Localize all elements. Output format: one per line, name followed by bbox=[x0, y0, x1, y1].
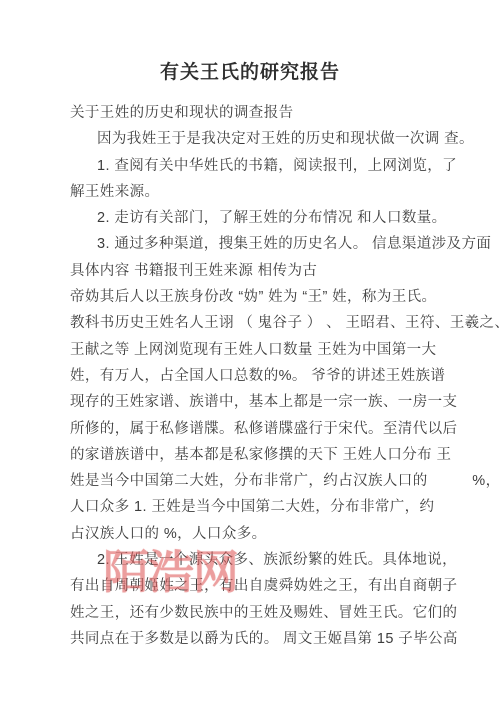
text-line: 姓之王，还有少数民族中的王姓及赐姓、冒姓王氏。它们的 bbox=[70, 600, 438, 626]
text-line: 2. 王姓是一个源头众多、族派纷繁的姓氏。具体地说， bbox=[70, 547, 438, 573]
text-line: 教科书历史王姓名人王诩 （ 鬼谷子 ） 、 王昭君、王符、王羲之、 bbox=[70, 310, 438, 336]
text-line: 2. 走访有关部门，了解王姓的分布情况 和人口数量。 bbox=[70, 205, 438, 231]
text-line: 占汉族人口的 %，人口众多。 bbox=[70, 521, 438, 547]
text-line: 有出自周朝姬姓之王，有出自虞舜妫姓之王，有出自商朝子 bbox=[70, 573, 438, 599]
text-line: 具体内容 书籍报刊王姓来源 相传为古 bbox=[70, 258, 438, 284]
text-line: 1. 查阅有关中华姓氏的书籍，阅读报刊，上网浏览，了 bbox=[70, 153, 438, 179]
text-line: 帝妫其后人以王族身份改 “妫” 姓为 “王” 姓，称为王氏。 bbox=[70, 284, 438, 310]
text-line: 姓是当今中国第二大姓，分布非常广，约占汉族人口的 %， bbox=[70, 468, 438, 494]
page-title: 有关王氏的研究报告 bbox=[0, 0, 500, 88]
text-line: 共同点在于多数是以爵为氏的。 周文王姬昌第 15 子毕公高 bbox=[70, 626, 438, 652]
text-line: 现存的王姓家谱、族谱中，基本上都是一宗一族、一房一支 bbox=[70, 389, 438, 415]
text-line: 人口众多 1. 王姓是当今中国第二大姓，分布非常广，约 bbox=[70, 494, 438, 520]
text-line: 王献之等 上网浏览现有王姓人口数量 王姓为中国第一大 bbox=[70, 337, 438, 363]
text-line: 3. 通过多种渠道，搜集王姓的历史名人。 信息渠道涉及方面 bbox=[70, 231, 438, 257]
text-line: 的家谱族谱中，基本都是私家修撰的天下 王姓人口分布 王 bbox=[70, 442, 438, 468]
document-body: 关于王姓的历史和现状的调查报告 因为我姓王于是我决定对王姓的历史和现状做一次调 … bbox=[0, 100, 500, 652]
text-line: 解王姓来源。 bbox=[70, 179, 438, 205]
document-page: 有关王氏的研究报告 关于王姓的历史和现状的调查报告 因为我姓王于是我决定对王姓的… bbox=[0, 0, 500, 708]
text-line: 关于王姓的历史和现状的调查报告 bbox=[70, 100, 438, 126]
text-line: 姓，有万人，占全国人口总数的%。 爷爷的讲述王姓族谱 bbox=[70, 363, 438, 389]
text-line: 所修的，属于私修谱牒。私修谱牒盛行于宋代。至清代以后 bbox=[70, 416, 438, 442]
text-line: 因为我姓王于是我决定对王姓的历史和现状做一次调 查。 bbox=[70, 126, 438, 152]
